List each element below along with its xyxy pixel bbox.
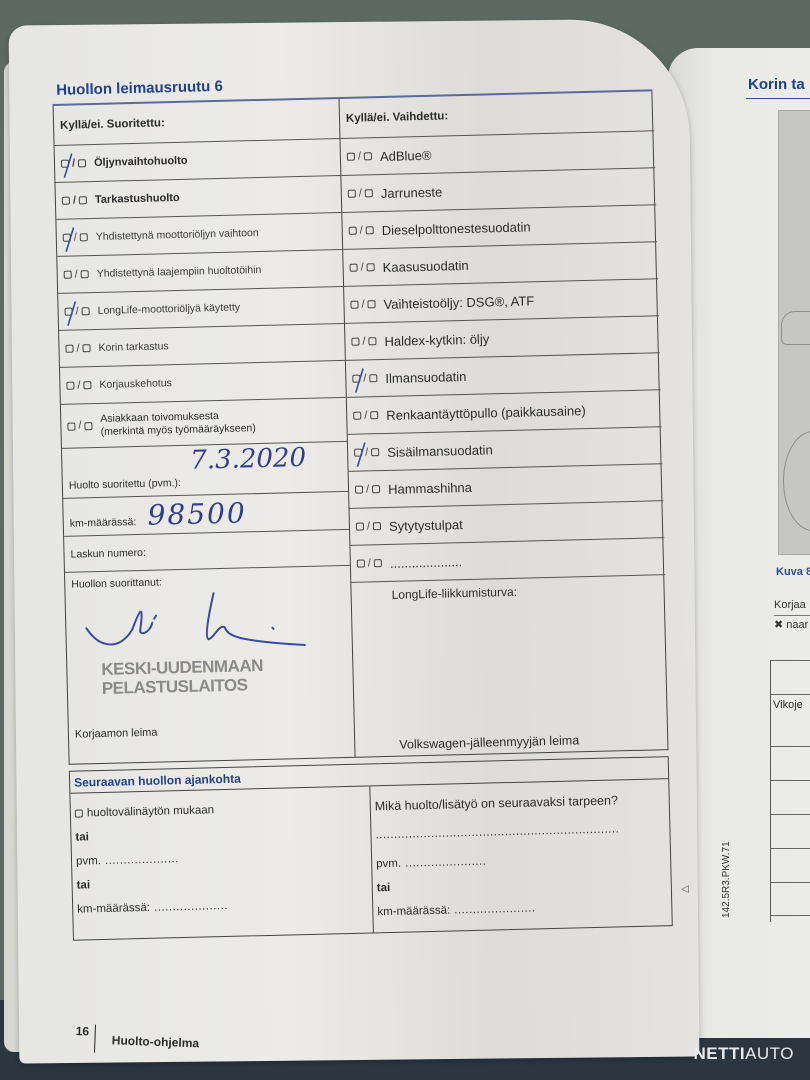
column-rule	[774, 615, 810, 616]
checkbox-yes[interactable]	[348, 190, 356, 198]
checkbox-no[interactable]	[373, 522, 381, 530]
invoice-label: Laskun numero:	[70, 546, 146, 560]
checkmark-icon	[354, 438, 369, 468]
document-code: 142.5R3.PKW.71	[721, 841, 732, 918]
checkbox-no[interactable]	[82, 344, 90, 352]
dealer-stamp-label: Volkswagen-jälleenmyyjän leima	[399, 733, 579, 751]
workshop-stamp-label: Korjaamon leima	[75, 727, 158, 741]
yes-no-checkbox[interactable]: /	[351, 335, 376, 348]
yes-no-checkbox[interactable]: /	[356, 520, 381, 533]
indicator-checkbox[interactable]	[75, 809, 83, 817]
checkbox-no[interactable]	[372, 485, 380, 493]
performed-item-label: Korin tarkastus	[98, 340, 168, 354]
performed-item-label: Yhdistettynä moottoriöljyn vaihtoon	[96, 227, 259, 243]
checkbox-yes[interactable]	[356, 523, 364, 531]
nettiauto-watermark: NETTIAUTO	[693, 1044, 794, 1064]
yes-no-checkbox[interactable]: /	[64, 268, 89, 281]
service-date-label: Huolto suoritettu (pvm.):	[69, 477, 181, 492]
checkbox-no[interactable]	[365, 189, 373, 197]
performed-item-label: Korjauskehotus	[99, 377, 172, 391]
checkbox-yes[interactable]	[65, 345, 73, 353]
yes-no-checkbox[interactable]: /	[349, 224, 374, 237]
checkbox-yes[interactable]	[349, 227, 357, 235]
checkbox-no[interactable]	[371, 448, 379, 456]
form-grid: Kyllä/ei. Suoritettu: /Öljynvaihtohuolto…	[53, 91, 669, 764]
yes-no-checkbox[interactable]: /	[353, 409, 378, 422]
yes-no-checkbox[interactable]: /	[66, 379, 91, 392]
checkbox-yes[interactable]	[64, 271, 72, 279]
checkbox-no[interactable]	[368, 337, 376, 345]
replaced-item-label: Haldex-kytkin: öljy	[384, 331, 489, 349]
signature	[79, 585, 311, 661]
page-number: 16	[76, 1024, 90, 1038]
checkbox-yes[interactable]	[347, 153, 355, 161]
table-label: Vikoje	[773, 699, 803, 711]
longlife-cell: LongLife-liikkumisturva: Volkswagen-jäll…	[351, 575, 669, 757]
performed-item-label: Tarkastushuolto	[95, 192, 180, 206]
performed-item-label: Yhdistettynä laajempiin huoltotöihin	[97, 264, 262, 280]
defects-table: Vikoje	[770, 660, 810, 922]
replaced-item-label: Dieselpolttonestesuodatin	[382, 219, 531, 238]
checkbox-no[interactable]	[366, 226, 374, 234]
workshop-stamp: KESKI-UUDENMAAN PELASTUSLAITOS	[101, 656, 263, 698]
checkbox-no[interactable]	[369, 374, 377, 382]
replaced-item-label: Jarruneste	[381, 184, 443, 200]
checkbox-yes[interactable]	[350, 264, 358, 272]
yes-no-checkbox[interactable]: /	[65, 342, 90, 355]
customer-request-label: Asiakkaan toivomuksesta (merkintä myös t…	[100, 409, 256, 439]
checkbox-yes[interactable]	[67, 422, 75, 430]
column-label: Korjaa	[774, 599, 806, 611]
replaced-item-label: Renkaantäyttöpullo (paikkausaine)	[386, 403, 586, 423]
checkbox-no[interactable]	[78, 159, 86, 167]
checkbox-no[interactable]	[364, 152, 372, 160]
replaced-list: /AdBlue®/Jarruneste/Dieselpolttonestesuo…	[340, 131, 665, 583]
customer-request-row: / Asiakkaan toivomuksesta (merkintä myös…	[61, 398, 347, 449]
replaced-column: Kyllä/ei. Vaihdettu: /AdBlue®/Jarruneste…	[340, 91, 670, 756]
performed-by-cell: Huollon suorittanut: KESKI-UUDENMAAN PEL…	[65, 566, 354, 747]
checkmark-icon	[61, 149, 76, 179]
yes-no-checkbox[interactable]: /	[62, 194, 87, 207]
longlife-label: LongLife-liikkumisturva:	[391, 585, 517, 602]
replaced-item-label: AdBlue®	[380, 147, 432, 163]
checkbox-no[interactable]	[82, 307, 90, 315]
replaced-item-label: Vaihteistoöljy: DSG®, ATF	[383, 293, 534, 312]
table-row	[771, 780, 810, 814]
km-label: km-määrässä:	[70, 516, 137, 530]
yes-no-checkbox[interactable]: /	[348, 187, 373, 200]
yes-no-checkbox[interactable]: /	[347, 150, 372, 163]
checkbox-no[interactable]	[84, 422, 92, 430]
service-date-value[interactable]: 7.3.2020	[190, 443, 306, 476]
replaced-item-label: ....................	[390, 554, 463, 571]
table-row	[771, 660, 810, 694]
yes-no-checkbox[interactable]: /	[355, 483, 380, 496]
checkbox-no[interactable]	[81, 270, 89, 278]
performed-item-label: LongLife-moottoriöljyä käytetty	[98, 301, 241, 316]
next-service-section: Seuraavan huollon ajankohta huoltovälinä…	[69, 756, 673, 941]
title-rule	[746, 98, 810, 99]
right-page-title: Korin ta	[748, 76, 805, 93]
checkbox-yes[interactable]	[351, 338, 359, 346]
table-row	[771, 882, 810, 916]
checkbox-no[interactable]	[80, 233, 88, 241]
checkbox-yes[interactable]	[357, 560, 365, 568]
performed-list: /Öljynvaihtohuolto/Tarkastushuolto/Yhdis…	[55, 139, 346, 405]
replaced-item-label: Hammashihna	[388, 479, 472, 496]
car-wheel-outline	[783, 431, 810, 531]
checkbox-no[interactable]	[367, 263, 375, 271]
checkbox-no[interactable]	[79, 196, 87, 204]
checkmark-icon	[64, 297, 79, 327]
replaced-item-label: Kaasusuodatin	[382, 257, 468, 274]
replaced-item-label: Sisäilmansuodatin	[387, 442, 493, 460]
checkbox-yes[interactable]	[62, 197, 70, 205]
service-date-row: Huolto suoritettu (pvm.): 7.3.2020	[62, 442, 348, 499]
checkbox-no[interactable]	[374, 559, 382, 567]
legend-text: ✖ naar	[774, 618, 808, 631]
checkbox-yes[interactable]	[350, 301, 358, 309]
checkbox-no[interactable]	[370, 411, 378, 419]
performed-item-label: Öljynvaihtohuolto	[94, 155, 188, 169]
service-stamp-form: Huollon leimausruutu 6 Kyllä/ei. Suorite…	[52, 67, 673, 940]
checkmark-icon	[62, 223, 77, 253]
car-illustration	[778, 110, 810, 555]
yes-no-checkbox[interactable]: /	[67, 419, 92, 433]
continue-marker-icon: ◁	[681, 884, 689, 895]
section-title: Huolto-ohjelma	[112, 1033, 200, 1050]
replaced-item-label: Sytytystulpat	[389, 517, 463, 534]
checkmark-icon	[352, 364, 367, 394]
table-row	[771, 848, 810, 882]
table-row	[771, 746, 810, 780]
checkbox-yes[interactable]	[353, 412, 361, 420]
performed-header: Kyllä/ei. Suoritettu:	[54, 99, 340, 146]
footer-divider	[94, 1025, 96, 1053]
yes-no-checkbox[interactable]: /	[349, 261, 374, 274]
figure-caption: Kuva 8	[776, 566, 810, 578]
checkbox-no[interactable]	[367, 300, 375, 308]
table-row: Vikoje	[771, 694, 810, 746]
page-footer: 16 Huolto-ohjelma	[75, 1024, 200, 1056]
car-front-outline	[781, 311, 810, 345]
next-service-right: Mikä huolto/lisätyö on seuraavaksi tarpe…	[370, 779, 673, 932]
yes-no-checkbox[interactable]: /	[350, 298, 375, 311]
checkbox-no[interactable]	[83, 381, 91, 389]
checkbox-yes[interactable]	[66, 382, 74, 390]
next-service-left: huoltovälinäytön mukaan tai pvm.........…	[70, 786, 373, 939]
next-service-grid: huoltovälinäytön mukaan tai pvm.........…	[70, 779, 671, 940]
km-value[interactable]: 98500	[147, 496, 247, 531]
table-row	[771, 814, 810, 848]
replaced-item-label: Ilmansuodatin	[385, 368, 466, 385]
checkbox-yes[interactable]	[355, 486, 363, 494]
performed-column: Kyllä/ei. Suoritettu: /Öljynvaihtohuolto…	[54, 99, 356, 764]
yes-no-checkbox[interactable]: /	[357, 557, 382, 570]
